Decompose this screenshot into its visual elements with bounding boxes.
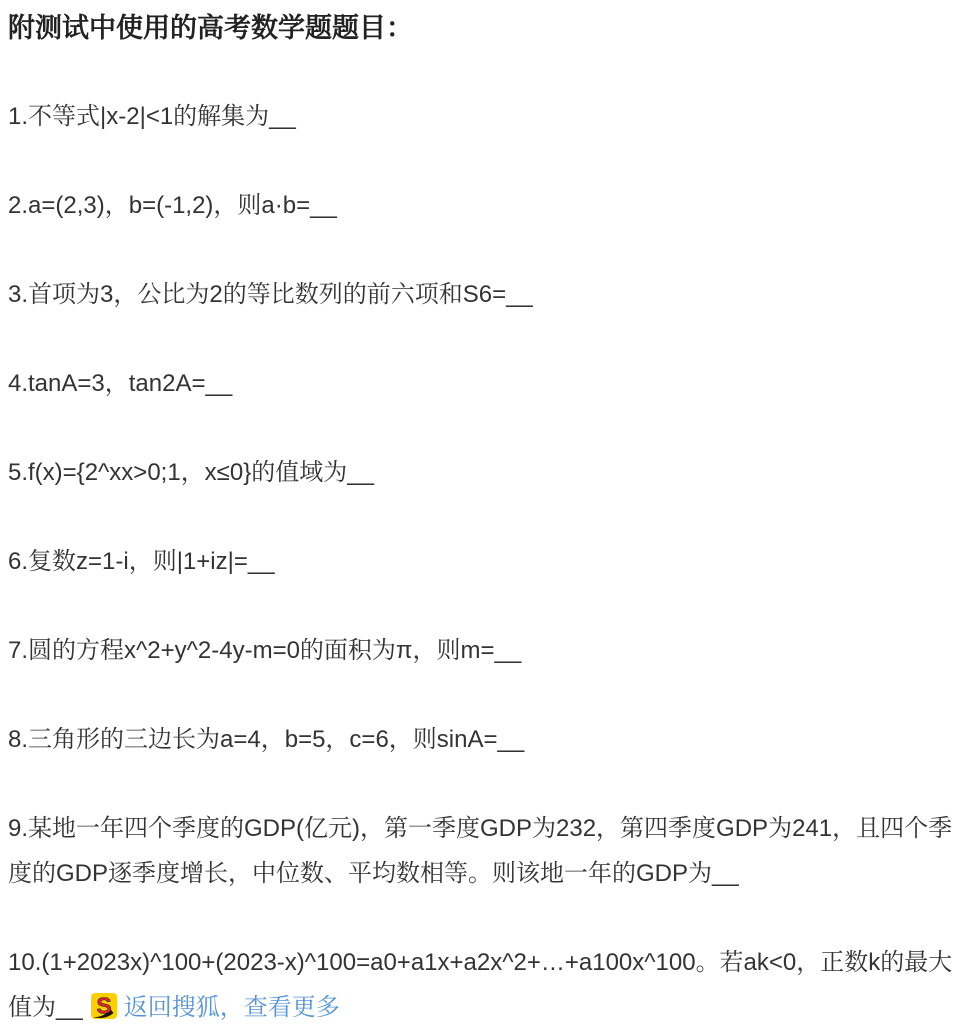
back-to-sohu-link[interactable]: S返回搜狐，查看更多 xyxy=(83,994,340,1021)
question-text: 7.圆的方程x^2+y^2-4y-m=0的面积为π，则m=__ xyxy=(8,637,521,664)
question-item: 1.不等式|x-2|<1的解集为__ xyxy=(8,94,966,139)
question-text: 5.f(x)={2^xx>0;1，x≤0}的值域为__ xyxy=(8,459,374,486)
question-item: 2.a=(2,3)，b=(-1,2)，则a·b=__ xyxy=(8,183,966,228)
question-text: 6.复数z=1-i，则|1+iz|=__ xyxy=(8,548,275,575)
question-item: 4.tanA=3，tan2A=__ xyxy=(8,361,966,406)
question-text: 1.不等式|x-2|<1的解集为__ xyxy=(8,103,296,130)
question-text: 8.三角形的三边长为a=4，b=5，c=6，则sinA=__ xyxy=(8,726,524,753)
question-text: 9.某地一年四个季度的GDP(亿元)，第一季度GDP为232，第四季度GDP为2… xyxy=(8,815,952,887)
question-item: 8.三角形的三边长为a=4，b=5，c=6，则sinA=__ xyxy=(8,717,966,762)
back-link-label: 返回搜狐，查看更多 xyxy=(124,994,340,1021)
article-body: 附测试中使用的高考数学题题目： 1.不等式|x-2|<1的解集为__ 2.a=(… xyxy=(0,0,974,1030)
question-item: 5.f(x)={2^xx>0;1，x≤0}的值域为__ xyxy=(8,450,966,495)
question-item: 7.圆的方程x^2+y^2-4y-m=0的面积为π，则m=__ xyxy=(8,628,966,673)
question-text: 3.首项为3，公比为2的等比数列的前六项和S6=__ xyxy=(8,281,533,308)
article-heading: 附测试中使用的高考数学题题目： xyxy=(8,8,966,48)
question-item: 3.首项为3，公比为2的等比数列的前六项和S6=__ xyxy=(8,272,966,317)
question-item: 6.复数z=1-i，则|1+iz|=__ xyxy=(8,539,966,584)
question-item: 10.(1+2023x)^100+(2023-x)^100=a0+a1x+a2x… xyxy=(8,940,966,1030)
svg-text:S: S xyxy=(96,993,111,1019)
question-text: 4.tanA=3，tan2A=__ xyxy=(8,370,232,397)
question-text: 2.a=(2,3)，b=(-1,2)，则a·b=__ xyxy=(8,192,337,219)
question-item: 9.某地一年四个季度的GDP(亿元)，第一季度GDP为232，第四季度GDP为2… xyxy=(8,806,966,896)
sohu-logo-icon: S xyxy=(91,993,117,1019)
